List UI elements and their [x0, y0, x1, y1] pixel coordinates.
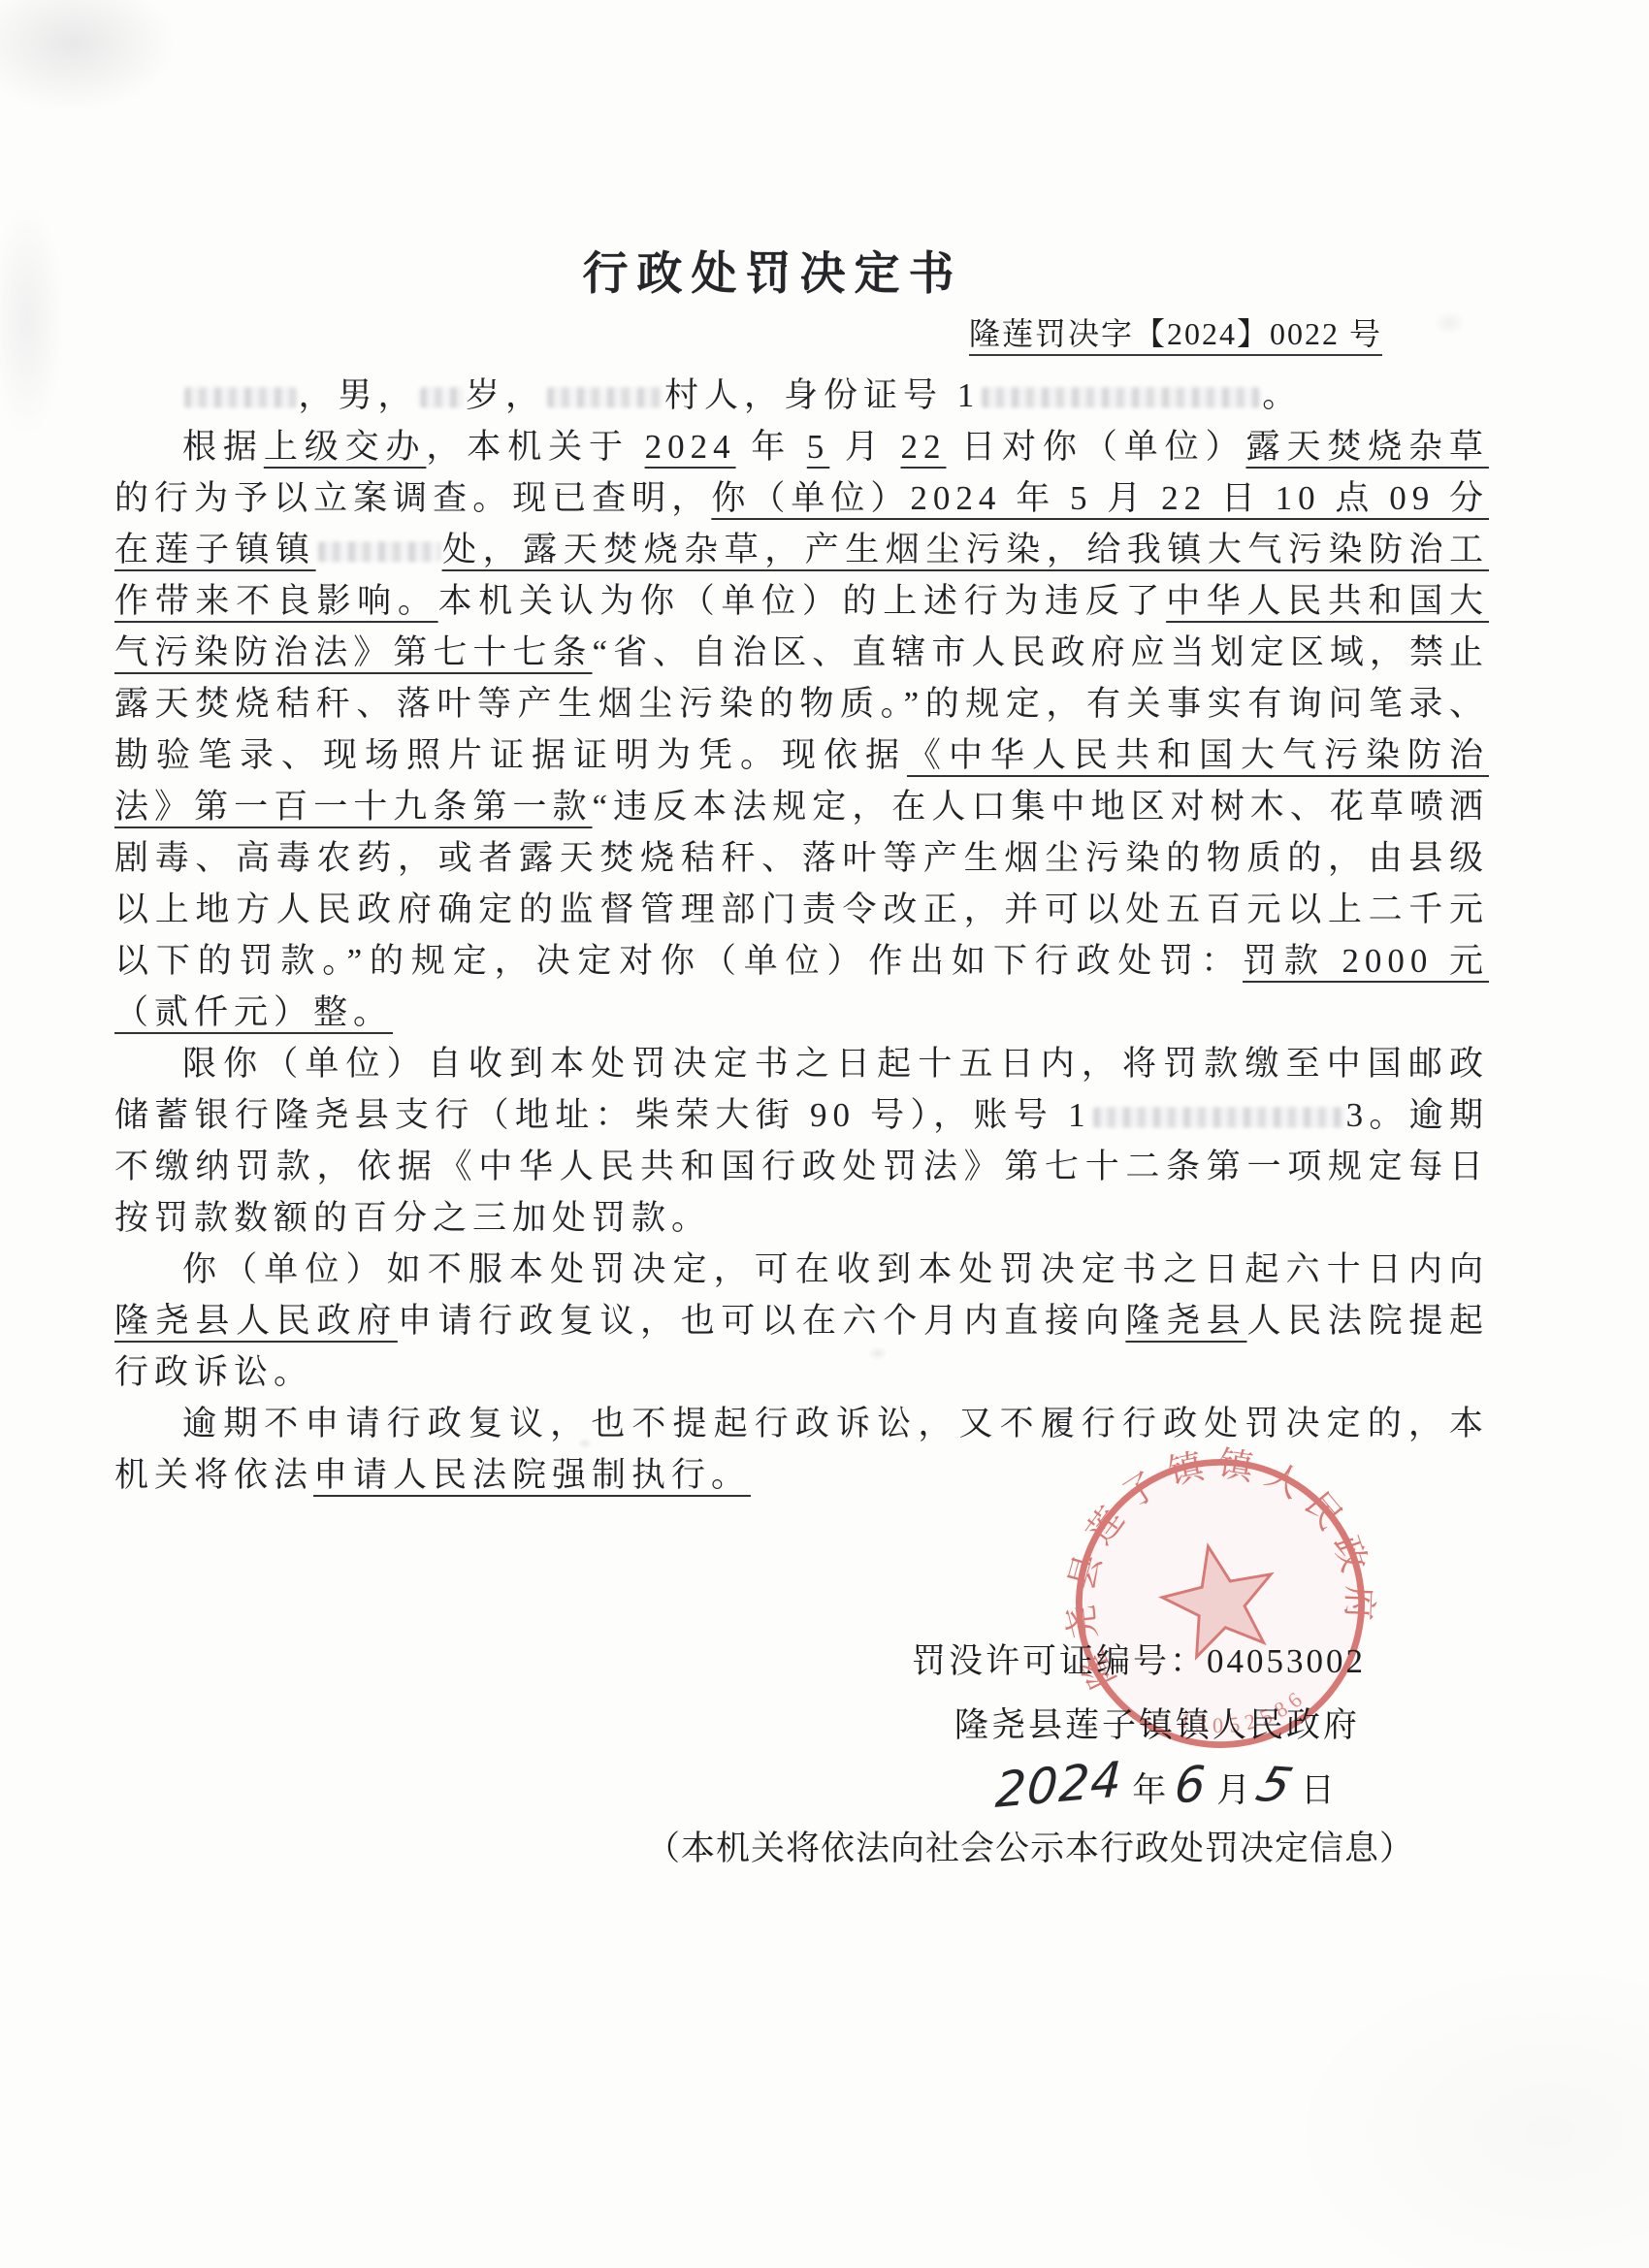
permit-number: 罚没许可证编号：04053002 [912, 1638, 1489, 1685]
document-body: ，男，岁，村人，身份证号 1。根据上级交办，本机关于 2024 年 5 月 22… [114, 370, 1489, 1501]
document-number: 隆莲罚决字【2024】0022 号 [114, 311, 1489, 356]
year-label: 年 [1132, 1771, 1169, 1809]
month-label: 月 [1216, 1771, 1253, 1809]
text-segment: 上级交办 [264, 428, 427, 466]
text-segment: 月 [829, 428, 900, 466]
text-segment [316, 531, 442, 568]
document-footer: 罚没许可证编号：04053002 隆尧县莲子镇镇人民政府 2024年6月5日 （… [114, 1638, 1489, 1873]
document-number-text: 隆莲罚决字【2024】0022 号 [969, 316, 1382, 351]
paragraph: 根据上级交办，本机关于 2024 年 5 月 22 日对你（单位）露天焚烧杂草的… [114, 421, 1489, 1038]
day-label: 日 [1301, 1771, 1338, 1809]
text-segment: 岁， [466, 376, 545, 414]
text-segment: 申请人民法院强制执行。 [313, 1456, 751, 1494]
text-segment: 2024 [645, 428, 736, 466]
paragraph: ，男，岁，村人，身份证号 1。 [114, 370, 1489, 421]
handwritten-month: 6 [1174, 1755, 1209, 1814]
text-segment: 5 [807, 428, 830, 466]
document-title: 行政处罚决定书 [114, 247, 1489, 302]
publicity-note: （本机关将依法向社会公示本行政处罚决定信息） [646, 1825, 1489, 1873]
text-segment: 你（单位）如不服本处罚决定，可在收到本处罚决定书之日起六十日内向 [182, 1250, 1489, 1288]
paragraph: 你（单位）如不服本处罚决定，可在收到本处罚决定书之日起六十日内向隆尧县人民政府申… [114, 1244, 1489, 1398]
text-segment: 隆尧县 [1125, 1302, 1246, 1340]
text-segment: 日对你（单位） [946, 428, 1245, 466]
redacted-text [420, 387, 465, 407]
paragraph: 限你（单位）自收到本处罚决定书之日起十五日内，将罚款缴至中国邮政储蓄银行隆尧县支… [114, 1038, 1489, 1244]
redacted-text [547, 387, 663, 407]
text-segment: 年 [736, 428, 807, 466]
redacted-text [184, 387, 297, 407]
handwritten-day: 5 [1250, 1756, 1300, 1813]
text-segment: ，本机关于 [426, 428, 644, 466]
paragraph: 逾期不申请行政复议，也不提起行政诉讼，又不履行行政处罚决定的，本机关将依法申请人… [114, 1398, 1489, 1501]
redacted-text [318, 541, 440, 562]
text-segment: 的行为予以立案调查。现已查明， [114, 479, 711, 517]
text-segment: 露天焚烧杂草 [1245, 428, 1489, 466]
issue-date: 2024年6月5日 [995, 1757, 1489, 1819]
issuing-authority: 隆尧县莲子镇镇人民政府 [954, 1702, 1489, 1749]
text-segment: 本机关认为你（单位）的上述行为违反了 [438, 582, 1167, 620]
redacted-text [982, 387, 1260, 407]
scanned-document-page: 行政处罚决定书 隆莲罚决字【2024】0022 号 ，男，岁，村人，身份证号 1… [0, 0, 1649, 2268]
text-segment: 22 [900, 428, 946, 466]
text-segment: 申请行政复议，也可以在六个月内直接向 [398, 1302, 1126, 1340]
text-segment: 。 [1262, 376, 1302, 414]
text-segment: 隆尧县人民政府 [114, 1302, 398, 1340]
text-segment: 根据 [182, 428, 264, 466]
text-segment: ，男， [299, 376, 418, 414]
handwritten-year: 2024 [994, 1751, 1124, 1819]
redacted-text [1093, 1107, 1344, 1127]
text-segment: 村人，身份证号 1 [664, 376, 980, 414]
